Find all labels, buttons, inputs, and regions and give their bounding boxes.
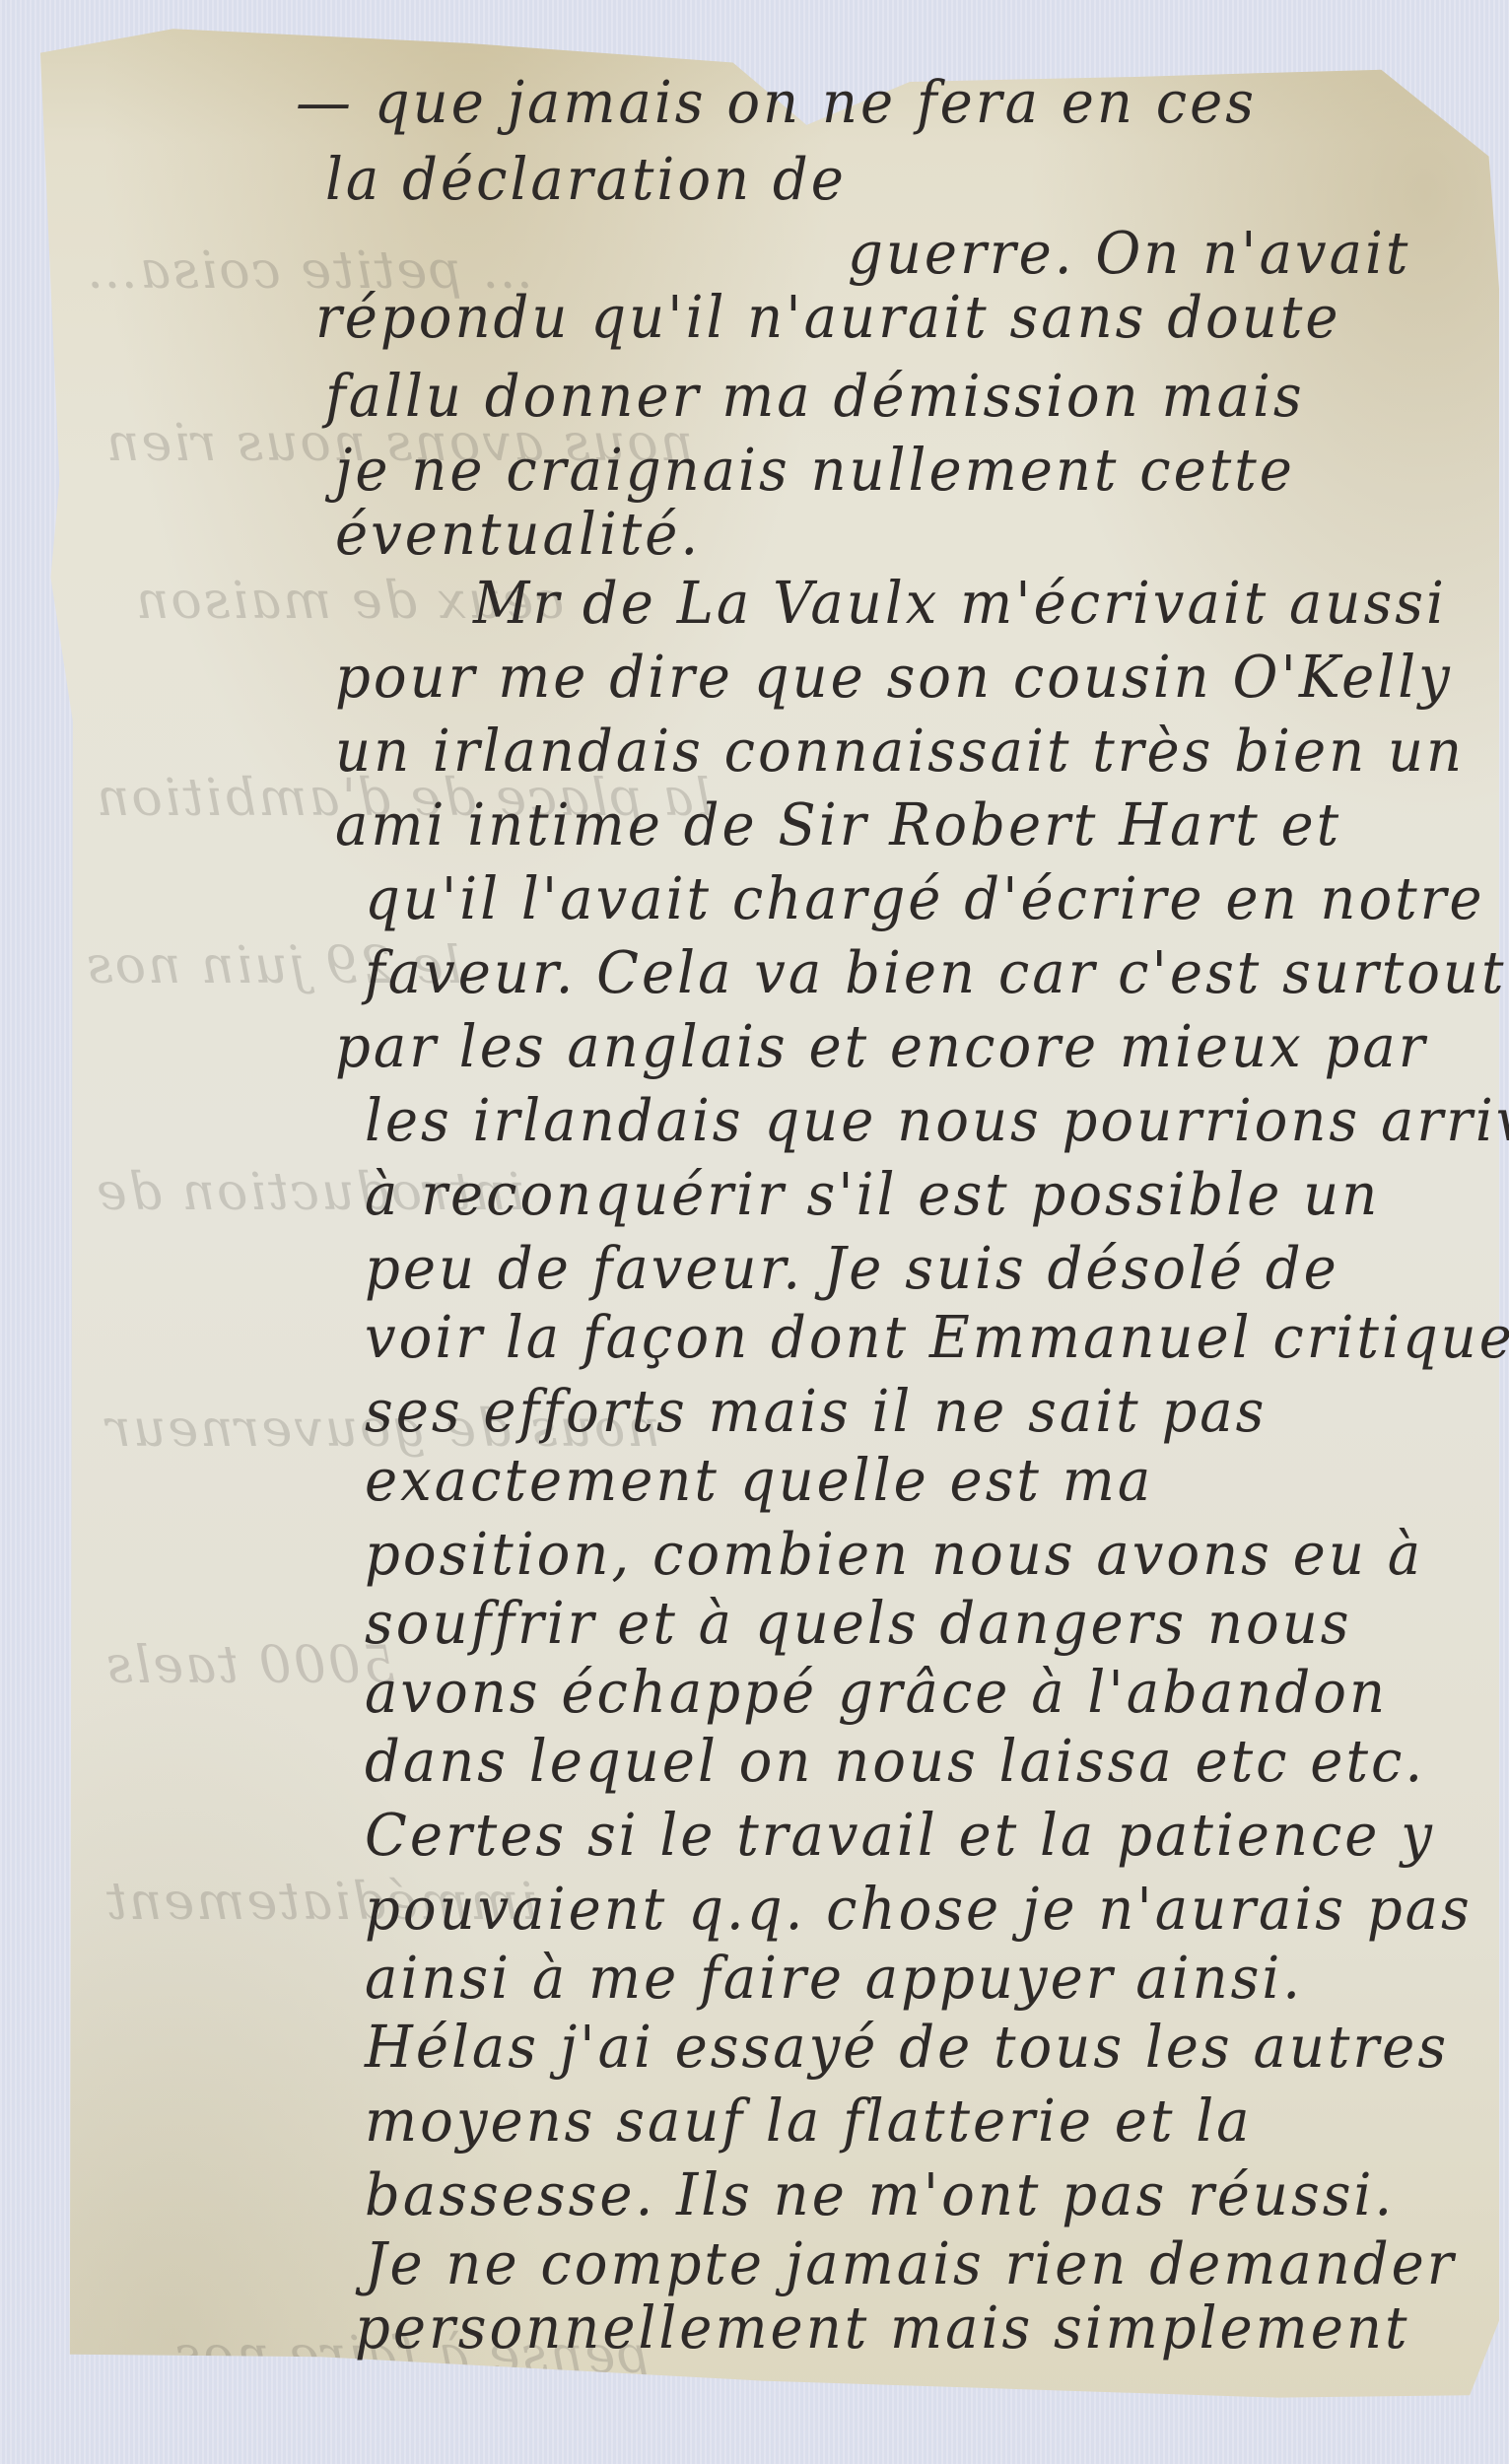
text-line: répondu qu'il n'aurait sans doute	[315, 284, 1340, 351]
text-line: dans lequel on nous laissa etc etc.	[365, 1728, 1425, 1795]
text-line: bassesse. Ils ne m'ont pas réussi.	[365, 2161, 1395, 2228]
text-line: ses efforts mais il ne sait pas	[365, 1378, 1267, 1445]
text-line: souffrir et à quels dangers nous	[365, 1590, 1352, 1657]
text-line: pouvaient q.q. chose je n'aurais pas	[365, 1876, 1473, 1943]
text-line: Mr de La Vaulx m'écrivait aussi	[473, 570, 1447, 637]
text-line: qu'il l'avait chargé d'écrire en notre	[365, 865, 1485, 932]
text-line: personnellement mais simplement	[355, 2294, 1409, 2361]
text-line: ainsi à me faire appuyer ainsi.	[365, 1945, 1303, 2012]
text-line: guerre. On n'avait	[848, 220, 1410, 287]
text-line: la déclaration de	[325, 146, 847, 213]
text-line: moyens sauf la flatterie et la	[365, 2088, 1253, 2155]
text-line: — que jamais on ne fera en ces	[296, 69, 1257, 136]
text-line: je ne craignais nullement cette	[335, 437, 1295, 504]
text-line: à reconquérir s'il est possible un	[365, 1161, 1380, 1228]
text-line: avons échappé grâce à l'abandon	[365, 1659, 1388, 1726]
text-line: les irlandais que nous pourrions arriver	[365, 1087, 1509, 1154]
handwritten-text: — que jamais on ne fera en ces la déclar…	[0, 0, 1509, 2464]
text-line: position, combien nous avons eu à	[365, 1521, 1423, 1588]
text-line: un irlandais connaissait très bien un	[335, 718, 1465, 785]
text-line: éventualité.	[335, 501, 701, 568]
text-line: Certes si le travail et la patience y	[365, 1802, 1435, 1869]
text-line: Je ne compte jamais rien demander	[365, 2230, 1457, 2297]
text-line: fallu donner ma démission mais	[325, 363, 1305, 430]
text-line: ami intime de Sir Robert Hart et	[335, 791, 1341, 858]
text-line: faveur. Cela va bien car c'est surtout	[365, 939, 1506, 1006]
text-line: Hélas j'ai essayé de tous les autres	[365, 2014, 1449, 2081]
text-line: pour me dire que son cousin O'Kelly	[335, 644, 1453, 711]
text-line: voir la façon dont Emmanuel critique	[365, 1304, 1509, 1371]
text-line: peu de faveur. Je suis désolé de	[365, 1235, 1339, 1302]
text-line: par les anglais et encore mieux par	[335, 1013, 1428, 1080]
text-line: exactement quelle est ma	[365, 1447, 1153, 1514]
